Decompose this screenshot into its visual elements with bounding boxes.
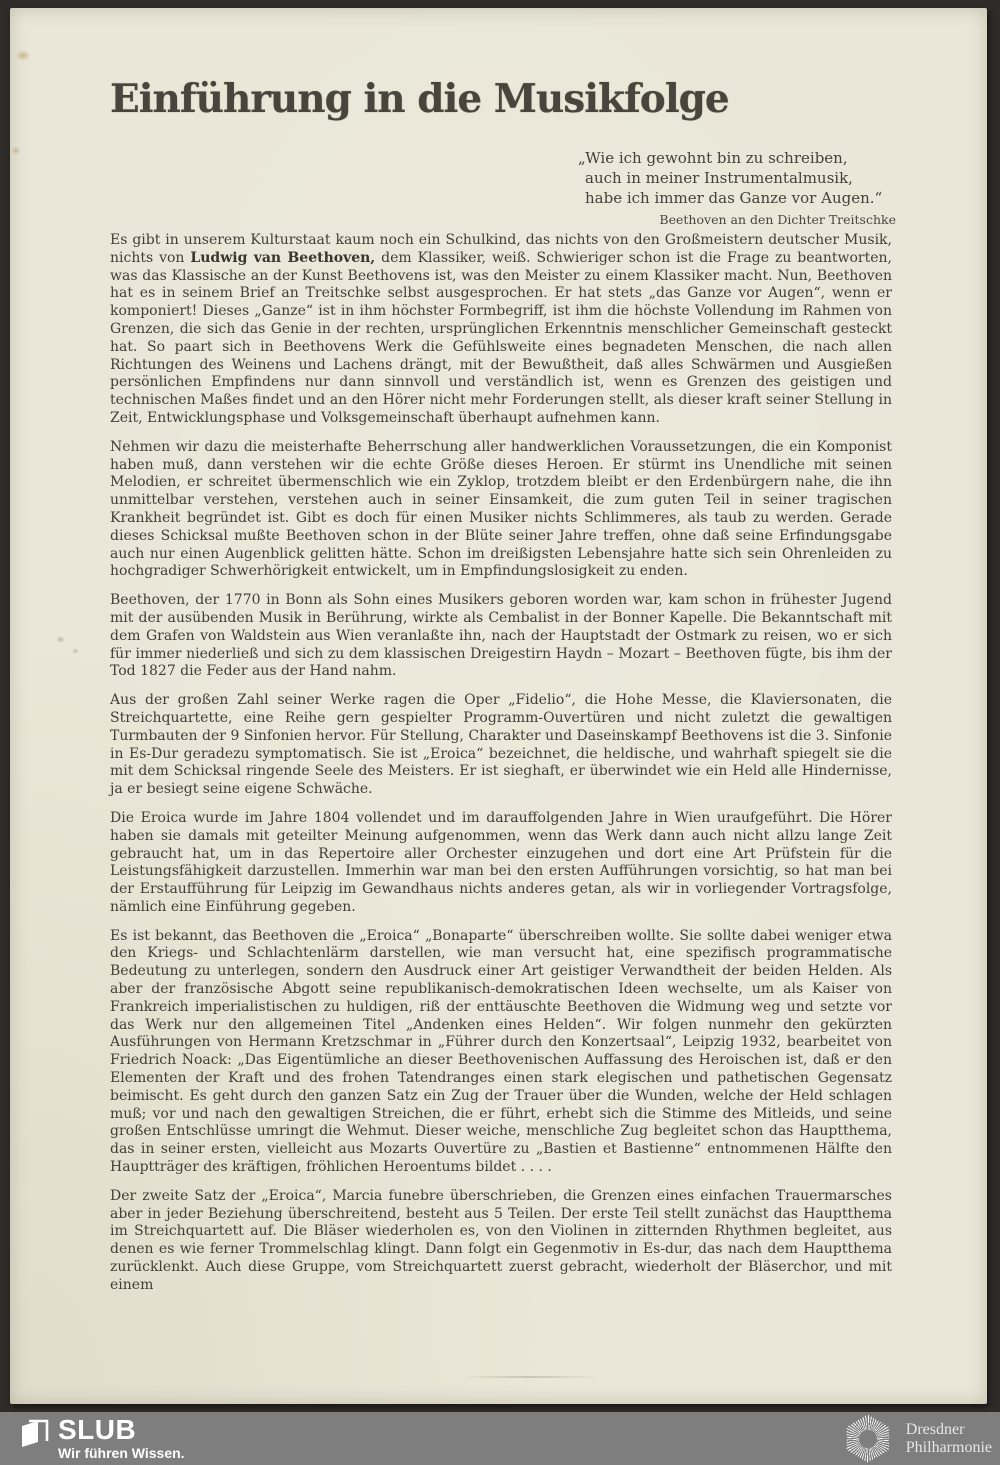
starburst-icon: [844, 1415, 892, 1463]
slub-logo: SLUB Wir führen Wissen.: [20, 1416, 185, 1461]
age-spot: [72, 648, 79, 654]
branding-footer-bar: SLUB Wir führen Wissen. Dresdner Philhar…: [0, 1412, 1000, 1465]
paragraph: Beethoven, der 1770 in Bonn als Sohn ein…: [110, 592, 892, 681]
dresdner-philharmonie-logo: Dresdner Philharmonie: [844, 1415, 992, 1463]
age-spot: [11, 146, 21, 155]
paragraph-text: dem Klassiker, weiß. Schwieriger schon i…: [110, 250, 892, 426]
paragraph: Der zweite Satz der „Eroica“, Marcia fun…: [110, 1188, 892, 1295]
dresdner-philharmonie-wordmark: Dresdner Philharmonie: [906, 1421, 992, 1457]
paragraph: Die Eroica wurde im Jahre 1804 vollendet…: [110, 810, 892, 917]
fold-crease: [460, 1376, 600, 1378]
article-body: Es gibt in unserem Kulturstaat kaum noch…: [110, 232, 892, 1306]
age-spot: [56, 636, 65, 643]
slub-tagline: Wir führen Wissen.: [58, 1445, 185, 1461]
quote-line: auch in meiner Instrumentalmusik,: [578, 168, 896, 188]
beethoven-quote: „Wie ich gewohnt bin zu schreiben, auch …: [578, 148, 896, 230]
bold-name-beethoven: Ludwig van Beethoven,: [190, 250, 375, 266]
paragraph: Aus der großen Zahl seiner Werke ragen d…: [110, 692, 892, 799]
age-spot: [15, 50, 31, 61]
paragraph: Es gibt in unserem Kulturstaat kaum noch…: [110, 232, 892, 428]
quote-line: habe ich immer das Ganze vor Augen.“: [578, 188, 896, 208]
wordmark-line: Dresdner: [906, 1421, 992, 1439]
paragraph: Nehmen wir dazu die meisterhafte Beherrs…: [110, 439, 892, 581]
page-title: Einführung in die Musikfolge: [110, 76, 729, 122]
quote-line: „Wie ich gewohnt bin zu schreiben,: [578, 148, 896, 168]
slub-wordmark: SLUB: [58, 1416, 185, 1444]
quote-attribution: Beethoven an den Dichter Treitschke: [578, 210, 896, 230]
book-icon: [20, 1418, 50, 1450]
paragraph: Es ist bekannt, das Beethoven die „Eroic…: [110, 928, 892, 1177]
scanned-document-page: Einführung in die Musikfolge „Wie ich ge…: [10, 8, 987, 1404]
wordmark-line: Philharmonie: [906, 1439, 992, 1457]
